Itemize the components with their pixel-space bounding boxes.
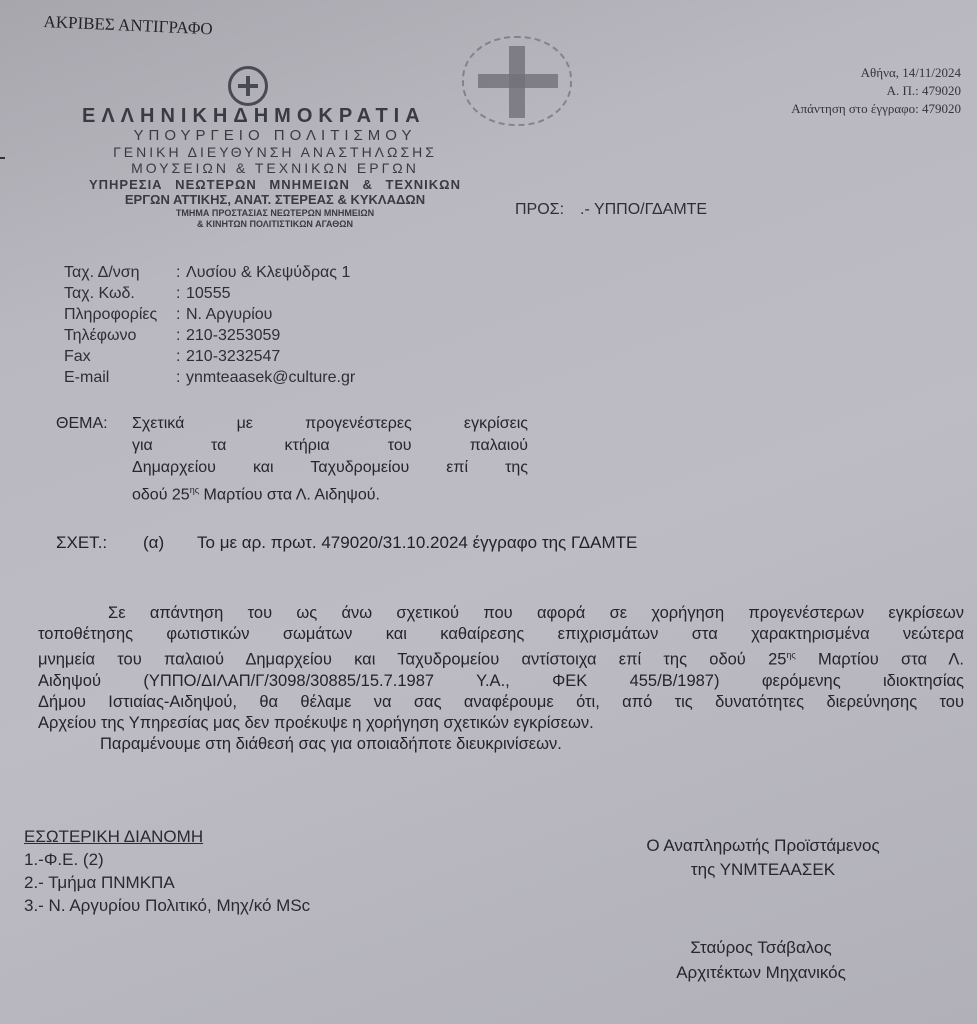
body-line: Δήμου Ιστιαίας-Αιδηψού, θα θέλαμε να σας… <box>38 692 964 713</box>
greek-coat-of-arms-icon <box>228 66 268 106</box>
reply-reference: Απάντηση στο έγγραφο: 479020 <box>791 100 961 118</box>
distribution-item: 3.- Ν. Αργυρίου Πολιτικό, Μηχ/κό MSc <box>24 894 310 917</box>
letter-body: Σε απάντηση του ως άνω σχετικού που αφορ… <box>38 603 964 755</box>
header-line: ΥΠΟΥΡΓΕΙΟ ΠΟΛΙΤΙΣΜΟΥ <box>60 128 490 143</box>
recipient: ΠΡΟΣ:.- ΥΠΠΟ/ΓΔΑΜΤΕ <box>515 201 707 219</box>
recipient-label: ΠΡΟΣ: <box>515 201 564 218</box>
subject-line: για τα κτήρια του παλαιού <box>132 435 528 457</box>
header-line: ΤΜΗΜΑ ΠΡΟΣΤΑΣΙΑΣ ΝΕΩΤΕΡΩΝ ΜΝΗΜΕΙΩΝ <box>60 209 490 218</box>
contact-row: Fax:210-3232547 <box>64 346 355 367</box>
contact-row: Πληροφορίες:Ν. Αργυρίου <box>64 304 355 325</box>
header-line: ΕΡΓΩΝ ΑΤΤΙΚΗΣ, ΑΝΑΤ. ΣΤΕΡΕΑΣ & ΚΥΚΛΑΔΩΝ <box>60 193 490 206</box>
signatory-role-line: Ο Αναπληρωτής Προϊστάμενος <box>610 834 916 858</box>
related-item-marker: (α) <box>143 533 164 553</box>
body-line: Σε απάντηση του ως άνω σχετικού που αφορ… <box>38 603 964 624</box>
subject-line: Δημαρχείου και Ταχυδρομείου επί της <box>132 457 528 479</box>
contact-row: Τηλέφωνο:210-3253059 <box>64 325 355 346</box>
contact-row: Ταχ. Κωδ.:10555 <box>64 283 355 304</box>
signatory-name: Σταύρος Τσάβαλος <box>636 935 886 960</box>
contact-details: Ταχ. Δ/νση:Λυσίου & Κλεψύδρας 1 Ταχ. Κωδ… <box>64 262 355 388</box>
related-item-text: Το με αρ. πρωτ. 479020/31.10.2024 έγγραφ… <box>197 533 637 553</box>
contact-row: E-mail:ynmteaasek@culture.gr <box>64 367 355 388</box>
related-reference: ΣΧΕΤ.: (α) Το με αρ. πρωτ. 479020/31.10.… <box>56 533 107 553</box>
subject-line: οδού 25ης Μαρτίου στα Λ. Αιδηψού. <box>132 479 528 506</box>
closing-line: Παραμένουμε στη διάθεσή σας για οποιαδήπ… <box>38 734 964 755</box>
issuer-header: ΕΛΛΗΝΙΚΗΔΗΜΟΚΡΑΤΙΑ ΥΠΟΥΡΓΕΙΟ ΠΟΛΙΤΙΣΜΟΥ … <box>60 106 490 229</box>
subject-label: ΘΕΜΑ: <box>56 413 108 435</box>
place-date: Αθήνα, 14/11/2024 <box>791 64 961 82</box>
distribution-item: 2.- Τμήμα ΠΝΜΚΠΑ <box>24 871 310 894</box>
contact-row: Ταχ. Δ/νση:Λυσίου & Κλεψύδρας 1 <box>64 262 355 283</box>
email-link: ynmteaasek@culture.gr <box>186 367 355 388</box>
body-line: Αρχείου της Υπηρεσίας μας δεν προέκυψε η… <box>38 713 964 734</box>
internal-distribution: ΕΣΩΤΕΡΙΚΗ ΔΙΑΝΟΜΗ 1.-Φ.Ε. (2) 2.- Τμήμα … <box>24 825 310 917</box>
protocol-number: Α. Π.: 479020 <box>791 82 961 100</box>
subject-line: Σχετικά με προγενέστερες εγκρίσεις <box>132 413 528 435</box>
scanned-letter-page: ΑΚΡΙΒΕΣ ΑΝΤΙΓΡΑΦΟ ΕΛΛΗΝΙΚΗΔΗΜΟΚΡΑΤΙΑ ΥΠΟ… <box>0 0 977 1024</box>
signatory-title: Αρχιτέκτων Μηχανικός <box>636 960 886 985</box>
header-line: & ΚΙΝΗΤΩΝ ΠΟΛΙΤΙΣΤΙΚΩΝ ΑΓΑΘΩΝ <box>60 220 490 229</box>
body-line: μνημεία του παλαιού Δημαρχείου και Ταχυδ… <box>38 645 964 671</box>
distribution-item: 1.-Φ.Ε. (2) <box>24 848 310 871</box>
signatory-role-line: της ΥΝΜΤΕΑΑΣΕΚ <box>610 858 916 882</box>
related-label: ΣΧΕΤ.: <box>56 533 107 552</box>
header-line: ΓΕΝΙΚΗ ΔΙΕΥΘΥΝΣΗ ΑΝΑΣΤΗΛΩΣΗΣ <box>60 145 490 159</box>
header-line: ΜΟΥΣΕΙΩΝ & ΤΕΧΝΙΚΩΝ ΕΡΓΩΝ <box>60 161 490 175</box>
body-line: τοποθέτησης φωτιστικών σωμάτων και καθαί… <box>38 624 964 645</box>
reference-block: Αθήνα, 14/11/2024 Α. Π.: 479020 Απάντηση… <box>791 64 961 118</box>
signatory-role: Ο Αναπληρωτής Προϊστάμενος της ΥΝΜΤΕΑΑΣΕ… <box>610 834 916 882</box>
header-line: ΕΛΛΗΝΙΚΗΔΗΜΟΚΡΑΤΙΑ <box>82 106 490 126</box>
page-edge-mark <box>0 157 5 159</box>
recipient-value: .- ΥΠΠΟ/ΓΔΑΜΤΕ <box>580 201 707 218</box>
distribution-title: ΕΣΩΤΕΡΙΚΗ ΔΙΑΝΟΜΗ <box>24 825 310 848</box>
header-line: ΥΠΗΡΕΣΙΑ ΝΕΩΤΕΡΩΝ ΜΝΗΜΕΙΩΝ & ΤΕΧΝΙΚΩΝ <box>60 178 490 191</box>
signatory-name-block: Σταύρος Τσάβαλος Αρχιτέκτων Μηχανικός <box>636 935 886 985</box>
true-copy-label: ΑΚΡΙΒΕΣ ΑΝΤΙΓΡΑΦΟ <box>43 12 213 39</box>
body-line: Αιδηψού (ΥΠΠΟ/ΔΙΛΑΠ/Γ/3098/30885/15.7.19… <box>38 671 964 692</box>
